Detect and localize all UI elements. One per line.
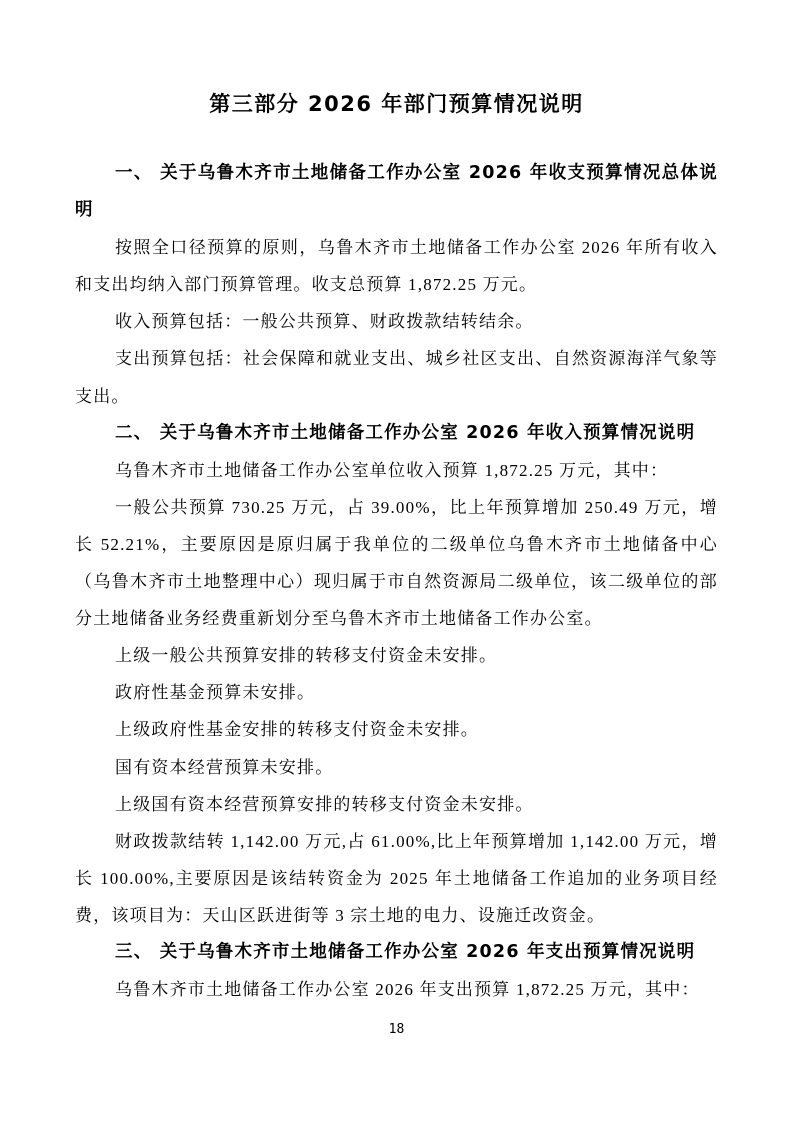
paragraph: 上级国有资本经营预算安排的转移支付资金未安排。 — [75, 786, 718, 823]
section-2-heading: 二、 关于乌鲁木齐市土地储备工作办公室 2026 年收入预算情况说明 — [75, 415, 718, 452]
section-income-budget: 二、 关于乌鲁木齐市土地储备工作办公室 2026 年收入预算情况说明 乌鲁木齐市… — [75, 415, 718, 934]
paragraph: 支出预算包括：社会保障和就业支出、城乡社区支出、自然资源海洋气象等支出。 — [75, 340, 718, 414]
paragraph: 一般公共预算 730.25 万元，占 39.00%，比上年预算增加 250.49… — [75, 489, 718, 637]
paragraph: 乌鲁木齐市土地储备工作办公室 2026 年支出预算 1,872.25 万元，其中… — [75, 971, 718, 1008]
paragraph: 上级一般公共预算安排的转移支付资金未安排。 — [75, 637, 718, 674]
paragraph: 财政拨款结转 1,142.00 万元,占 61.00%,比上年预算增加 1,14… — [75, 823, 718, 934]
paragraph: 按照全口径预算的原则，乌鲁木齐市土地储备工作办公室 2026 年所有收入和支出均… — [75, 229, 718, 303]
section-1-heading: 一、 关于乌鲁木齐市土地储备工作办公室 2026 年收支预算情况总体说明 — [75, 155, 718, 229]
page-number: 18 — [0, 1022, 793, 1037]
paragraph: 收入预算包括：一般公共预算、财政拨款结转结余。 — [75, 303, 718, 340]
section-expenditure-budget: 三、 关于乌鲁木齐市土地储备工作办公室 2026 年支出预算情况说明 乌鲁木齐市… — [75, 934, 718, 1008]
document-page: 第三部分 2026 年部门预算情况说明 一、 关于乌鲁木齐市土地储备工作办公室 … — [0, 0, 793, 1122]
section-3-heading: 三、 关于乌鲁木齐市土地储备工作办公室 2026 年支出预算情况说明 — [75, 934, 718, 971]
paragraph: 国有资本经营预算未安排。 — [75, 749, 718, 786]
section-overall-budget: 一、 关于乌鲁木齐市土地储备工作办公室 2026 年收支预算情况总体说明 按照全… — [75, 155, 718, 415]
document-title: 第三部分 2026 年部门预算情况说明 — [75, 90, 718, 118]
document-content: 第三部分 2026 年部门预算情况说明 一、 关于乌鲁木齐市土地储备工作办公室 … — [75, 90, 718, 1008]
paragraph: 政府性基金预算未安排。 — [75, 674, 718, 711]
paragraph: 乌鲁木齐市土地储备工作办公室单位收入预算 1,872.25 万元，其中： — [75, 452, 718, 489]
paragraph: 上级政府性基金安排的转移支付资金未安排。 — [75, 711, 718, 748]
